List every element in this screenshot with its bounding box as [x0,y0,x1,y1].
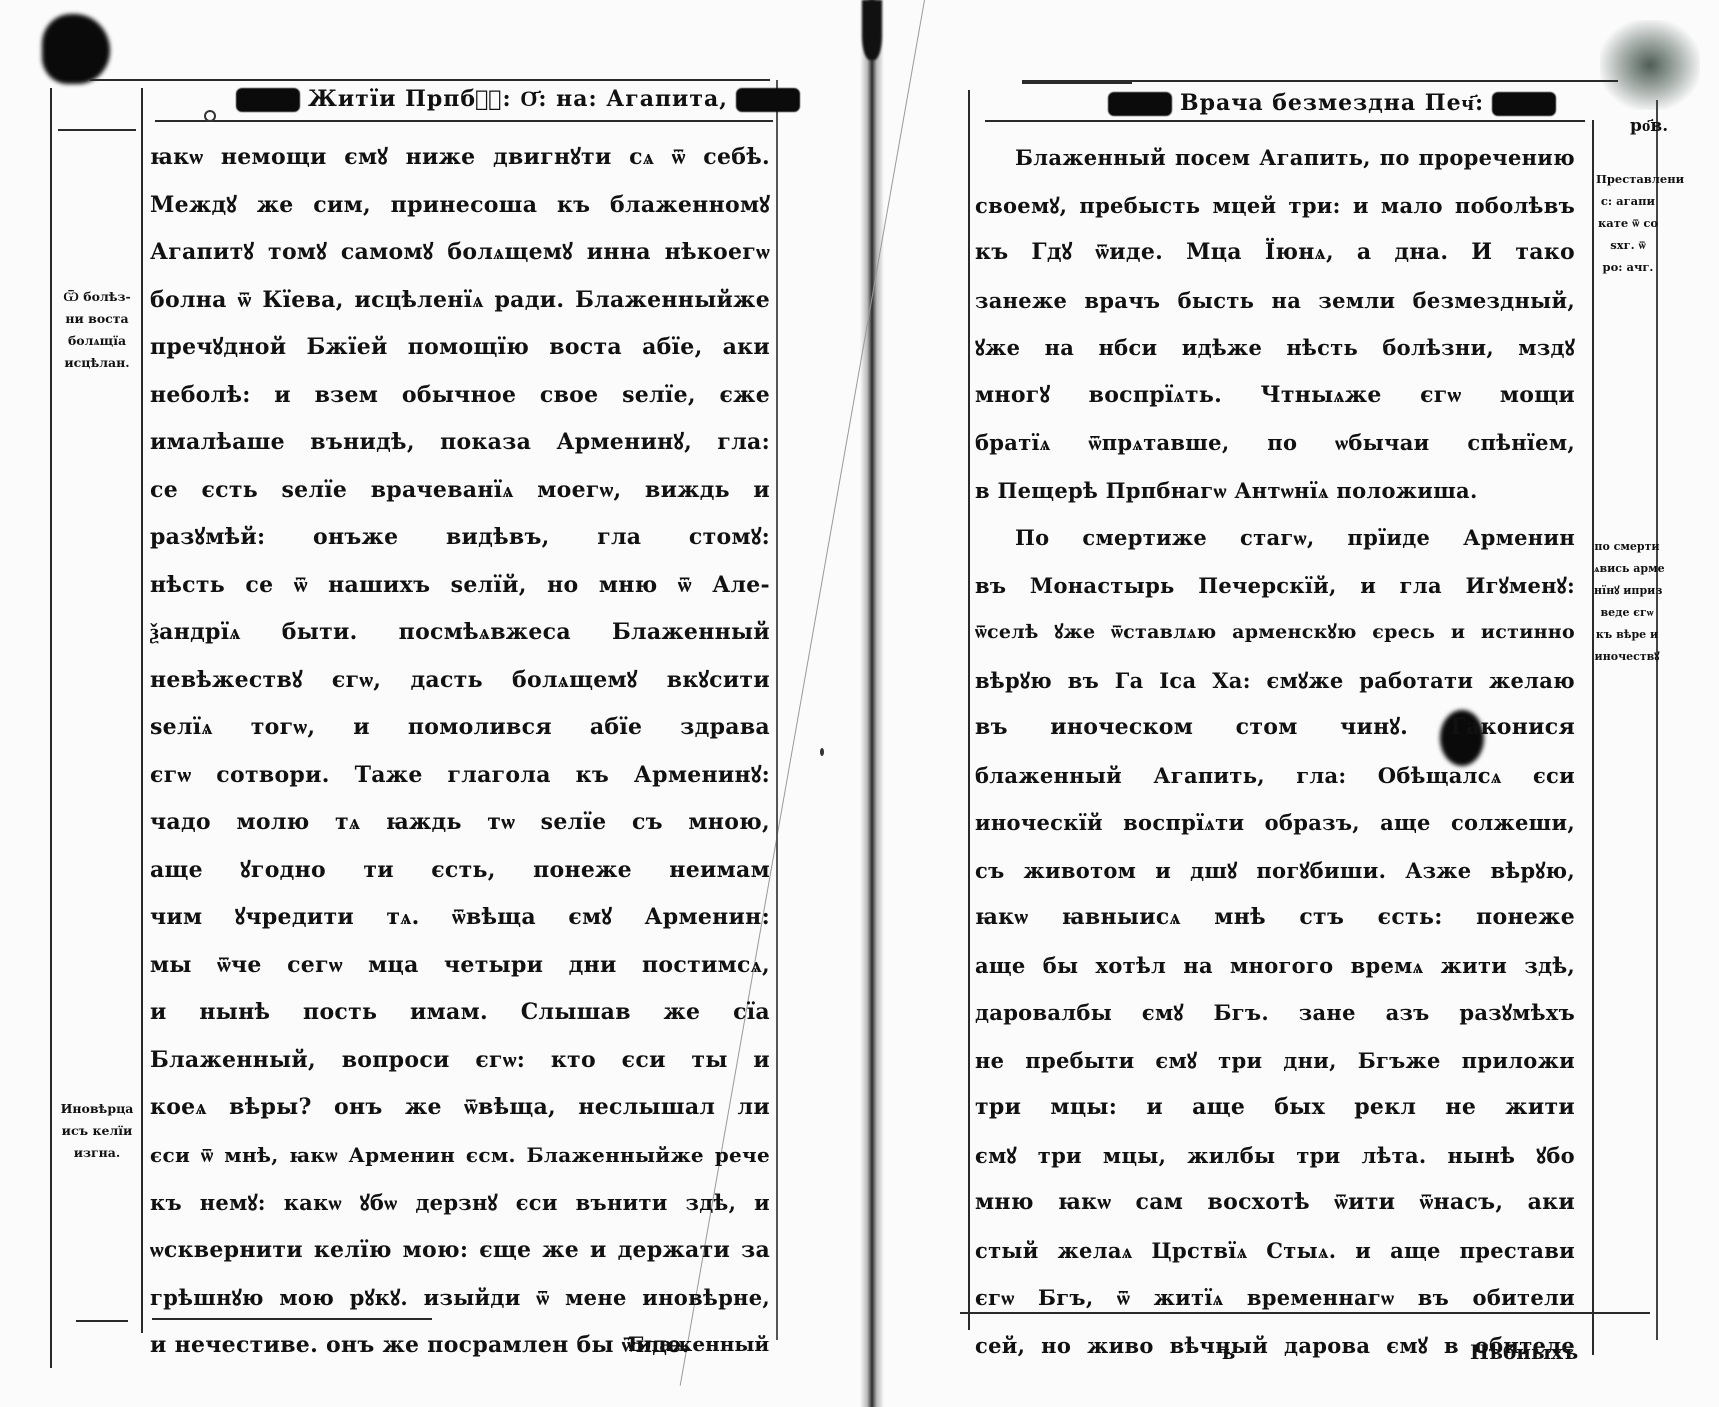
left-text-right-border [776,80,778,1340]
text-line: и нынѣ пость имам. Слышав же сїа [150,989,770,1037]
text-line: чим ꙋчредити тѧ. ѿвѣща ємꙋ Арменин: [150,894,770,942]
right-text-right-border [1592,120,1594,1355]
ornament-blot [736,88,800,112]
text-line: болна ѿ Кїева, исцѣленїѧ ради. Блаженный… [150,277,770,325]
text-line: невѣжествꙋ єгѡ, дасть болѧщемꙋ вкꙋсити [150,657,770,705]
text-line: въ иноческом стом чинꙋ. Гаконися [975,704,1575,752]
text-line: ѿселѣ ꙋже ѿставлѧю арменскꙋю єресь и ист… [975,609,1575,657]
right-outer-border [1656,100,1658,1340]
left-margin-note-1: Ѿ болѣз- ни воста болѧщїа исцѣлан. [56,286,138,374]
text-line: не пребыти ємꙋ три дни, Бгъже приложи [975,1037,1575,1085]
left-header-bottom-rule [155,120,773,122]
text-line: аще ꙋгодно ти єсть, понеже неимам [150,847,770,895]
text-line: ꙗкѡ немощи ємꙋ ниже двигнꙋти сѧ ѿ себѣ. [150,134,770,182]
text-line: ємꙋ три мцы, жилбы три лѣта. нынѣ ꙋбо [975,1132,1575,1180]
text-line: Блаженный, вопроси єгѡ: кто єси ты и [150,1037,770,1085]
left-margin-top-rule [58,129,136,131]
right-page-text: Блаженный посем Агапить, по проречению с… [975,134,1575,1369]
text-line: мню ꙗкѡ сам восхотѣ ѿити ѿнасъ, аки [975,1179,1575,1227]
ornament-blot [236,88,300,112]
text-line: ѕелїѧ тогѡ, и помолився абїе здрава [150,704,770,752]
text-line: в Пещерѣ Прпбнагѡ Антѡнїѧ положиша. [975,467,1575,515]
text-line: чадо молю тѧ ꙗждь тѡ ѕелїе съ мною, [150,799,770,847]
paper-speck [204,110,216,122]
text-line: три мцы: и аще бых рекл не жити [975,1084,1575,1132]
text-line: ꙗкѡ ꙗвныисѧ мнѣ стъ єсть: понеже [975,894,1575,942]
text-line: многꙋ воспрїѧть. Чтныѧже єгѡ мощи [975,372,1575,420]
ink-blot-top-left [42,14,110,84]
right-running-head-text: Врача безмездна Печ҃: [1180,90,1484,116]
text-line: ꙋже на нбси идѣже нѣсть болѣзни, мздꙋ [975,324,1575,372]
left-page-text: ꙗкѡ немощи ємꙋ ниже двигнꙋти сѧ ѿ себѣ. … [150,134,770,1369]
text-line: мы ѿче сегѡ мца четыри дни постимсѧ, [150,942,770,990]
left-margin-note-2: Иновѣрца исъ келїи изгна. [54,1098,140,1164]
text-line: се єсть ѕелїе врачеванїѧ моегѡ, виждь и [150,467,770,515]
text-line: разꙋмѣй: онъже видѣвъ, гла стомꙋ: [150,514,770,562]
right-header-bottom-rule [985,120,1585,122]
text-line: своемꙋ, пребысть мцей три: и мало поболѣ… [975,182,1575,230]
text-line: неболѣ: и взем обычное свое ѕелїе, єже [150,372,770,420]
text-line: стый желаѧ Црствїѧ Стыѧ. и аще престави [975,1227,1575,1275]
page-signature: ъ [1220,1340,1235,1364]
text-line: ѡсквернити келїю мою: єще же и держати з… [150,1227,770,1275]
folio-number: ро҃в. [1630,116,1668,136]
left-running-head: Житїи Прпбⷭ҇: О҃: на: Агапита, [228,86,808,112]
text-line: въ Монастырь Печерскїй, и гла Игꙋменꙋ: [975,562,1575,610]
text-line: братїѧ ѿпрѧтавше, по ѡбычаи спѣнїем, [975,419,1575,467]
ornament-blot [1108,92,1172,116]
left-text-column-border [141,88,143,1333]
text-line: єси ѿ мнѣ, ꙗкѡ Арменин єсм. Блаженныйже … [150,1132,770,1180]
right-header-top-rule-left [1022,82,1132,84]
right-text-left-border [968,90,970,1330]
text-line: блаженный Агапить, гла: Обѣщалсѧ єси [975,752,1575,800]
text-line: съ животом и дшꙋ погꙋбиши. Азже вѣрꙋю, [975,847,1575,895]
text-line: даровалбы ємꙋ Бгъ. зане азъ разꙋмѣхъ [975,989,1575,1037]
left-outer-border [50,88,52,1368]
text-line: къ Гдꙋ ѿиде. Мца Їюнѧ, а дна. И тако [975,229,1575,277]
text-line: аще бы хотѣл на многого времѧ жити здѣ, [975,942,1575,990]
left-catchword: Блаженный [628,1332,769,1356]
text-line: єгѡ сотвори. Таже глагола къ Арменинꙋ: [150,752,770,800]
paper-speck [820,748,824,756]
right-margin-note-2: по смерти ѧвись арме нїнꙋ иприз веде єгѡ… [1594,536,1660,668]
left-bottom-rule-margin [76,1320,128,1322]
left-header-top-rule [90,79,770,81]
text-line: По смертиже стагѡ, прїиде Арменин [975,514,1575,562]
smudge-top-right [1600,20,1700,110]
text-line: ималѣаше вънидѣ, показа Арменинꙋ, гла: [150,419,770,467]
text-line: Блаженный посем Агапить, по проречению [975,134,1575,182]
right-catchword: Нѣбныхъ [1470,1340,1578,1364]
text-line: занеже врачъ бысть на земли безмездный, [975,277,1575,325]
text-line: коеѧ вѣры? онъ же ѿвѣща, неслышал ли [150,1084,770,1132]
text-line: Междꙋ же сим, принесоша къ блаженномꙋ [150,182,770,230]
book-spine [860,0,884,1407]
text-line: вѣрꙋю въ Га Іса Ха: ємꙋже работати желаю [975,657,1575,705]
right-running-head: Врача безмездна Печ҃: [1100,90,1564,116]
spine-binding-shadow [862,0,882,60]
text-line: иноческїй воспрїѧти образъ, аще солжеши, [975,799,1575,847]
text-line: къ немꙋ: какѡ ꙋбѡ дерзнꙋ єси вънити здѣ,… [150,1179,770,1227]
text-line: ѯандрїѧ быти. посмѣѧвжеса Блаженный [150,609,770,657]
right-margin-note-1: Преставлени с: агапи кате ѿ со ѕхг. ѿ ро… [1596,168,1660,278]
text-line: єгѡ Бгъ, ѿ житїѧ временнагѡ въ обители [975,1274,1575,1322]
text-line: пречꙋдной Бжїей помощїю воста абїе, аки [150,324,770,372]
text-line: нѣсть се ѿ нашихъ ѕелїй, но мню ѿ Але- [150,562,770,610]
left-running-head-text: Житїи Прпбⷭ҇: О҃: на: Агапита, [308,86,728,112]
ornament-blot [1492,92,1556,116]
text-line: Агапитꙋ томꙋ самомꙋ болѧщемꙋ инна нѣкоег… [150,229,770,277]
text-line: грѣшнꙋю мою рꙋкꙋ. изыйди ѿ мене иновѣрне… [150,1274,770,1322]
